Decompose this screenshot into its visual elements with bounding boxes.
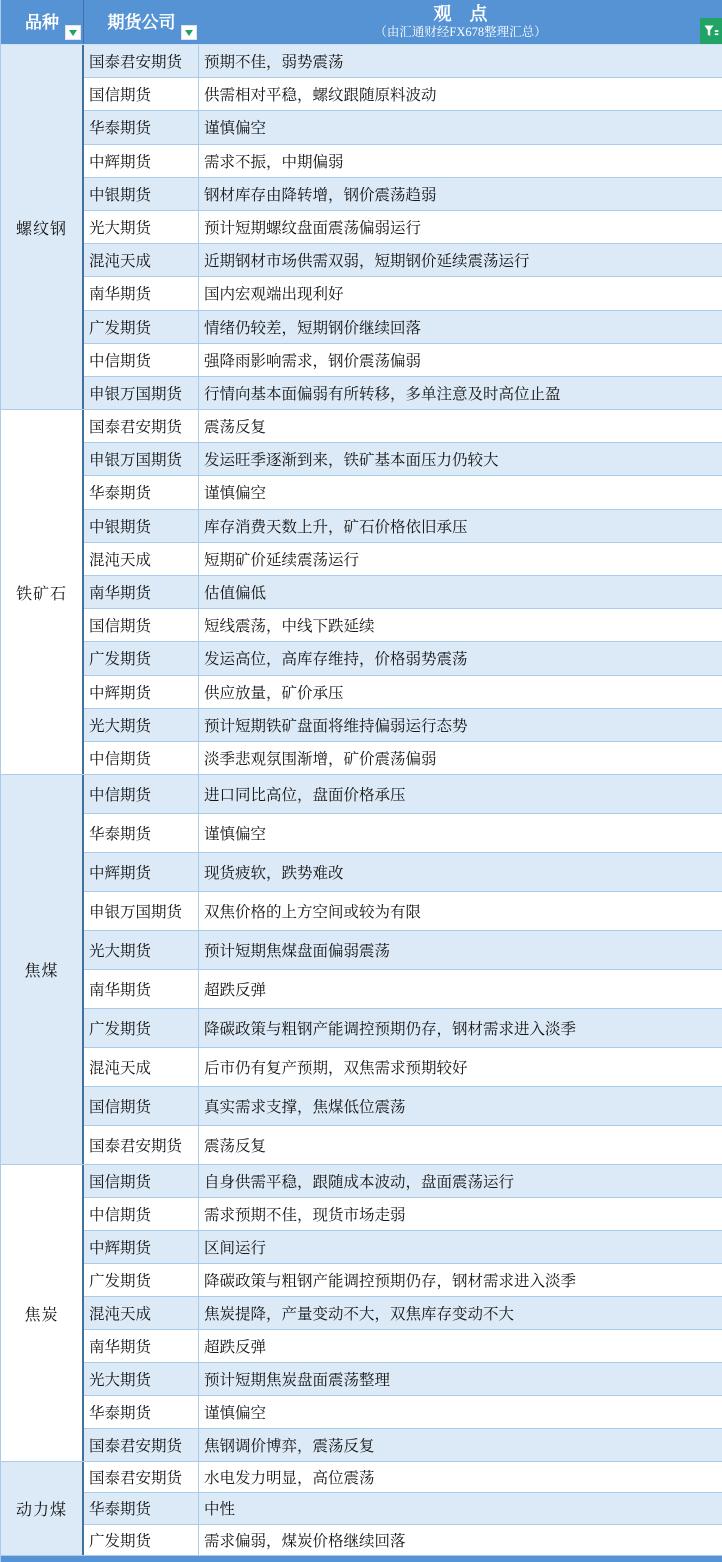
company-cell[interactable]: 国信期货 <box>84 609 199 641</box>
table-row: 中银期货库存消费天数上升，矿石价格依旧承压 <box>84 510 722 543</box>
view-cell-text: 预计短期焦煤盘面偏弱震荡 <box>204 939 390 961</box>
company-cell-text: 华泰期货 <box>89 1497 151 1519</box>
table-row: 中信期货进口同比高位，盘面价格承压 <box>84 775 722 814</box>
view-cell[interactable]: 焦炭提降，产量变动不大，双焦库存变动不大 <box>199 1297 722 1329</box>
view-cell-text: 情绪仍较差，短期钢价继续回落 <box>204 316 421 338</box>
company-cell-text: 申银万国期货 <box>89 448 182 470</box>
company-cell[interactable]: 中信期货 <box>84 1198 199 1230</box>
view-cell-text: 超跌反弹 <box>204 978 266 1000</box>
futures-views-table: 品种 期货公司 观 点 （由汇通财经FX678整理汇总） 螺纹钢国泰君安期货预期… <box>0 0 722 1562</box>
view-cell[interactable]: 震荡反复 <box>199 410 722 442</box>
company-cell[interactable]: 国泰君安期货 <box>84 410 199 442</box>
company-cell[interactable]: 华泰期货 <box>84 476 199 508</box>
section-1: 螺纹钢国泰君安期货预期不佳，弱势震荡国信期货供需相对平稳，螺纹跟随原料波动华泰期… <box>1 45 722 410</box>
company-cell[interactable]: 广发期货 <box>84 642 199 674</box>
view-cell[interactable]: 短线震荡，中线下跌延续 <box>199 609 722 641</box>
chevron-down-icon <box>69 30 77 36</box>
variety-cell[interactable]: 焦炭 <box>1 1165 84 1461</box>
view-cell[interactable]: 钢材库存由降转增，钢价震荡趋弱 <box>199 178 722 210</box>
company-cell-text: 南华期货 <box>89 282 151 304</box>
view-cell[interactable]: 短期矿价延续震荡运行 <box>199 543 722 575</box>
company-cell-text: 广发期货 <box>89 316 151 338</box>
company-cell[interactable]: 国泰君安期货 <box>84 1462 199 1492</box>
company-cell[interactable]: 中银期货 <box>84 510 199 542</box>
view-cell[interactable]: 谨慎偏空 <box>199 814 722 852</box>
table-row: 光大期货预计短期焦炭盘面震荡整理 <box>84 1363 722 1396</box>
view-cell[interactable]: 震荡反复 <box>199 1126 722 1164</box>
company-cell-text: 南华期货 <box>89 581 151 603</box>
view-cell-text: 区间运行 <box>204 1236 266 1258</box>
company-cell-text: 广发期货 <box>89 1269 151 1291</box>
company-cell[interactable]: 国信期货 <box>84 1165 199 1197</box>
view-cell-text: 预计短期铁矿盘面将维持偏弱运行态势 <box>204 714 468 736</box>
table-row: 国泰君安期货预期不佳，弱势震荡 <box>84 45 722 78</box>
variety-cell[interactable]: 焦煤 <box>1 775 84 1164</box>
view-cell[interactable]: 自身供需平稳，跟随成本波动，盘面震荡运行 <box>199 1165 722 1197</box>
section-2: 铁矿石国泰君安期货震荡反复申银万国期货发运旺季逐渐到来，铁矿基本面压力仍较大华泰… <box>1 410 722 775</box>
variety-cell[interactable]: 动力煤 <box>1 1462 84 1555</box>
variety-label: 焦炭 <box>24 1302 58 1325</box>
table-row: 国信期货自身供需平稳，跟随成本波动，盘面震荡运行 <box>84 1165 722 1198</box>
view-cell[interactable]: 发运旺季逐渐到来，铁矿基本面压力仍较大 <box>199 443 722 475</box>
company-cell-text: 华泰期货 <box>89 481 151 503</box>
view-cell[interactable]: 超跌反弹 <box>199 970 722 1008</box>
company-cell[interactable]: 国泰君安期货 <box>84 1429 199 1461</box>
view-cell[interactable]: 预计短期铁矿盘面将维持偏弱运行态势 <box>199 709 722 741</box>
view-cell-text: 强降雨影响需求，钢价震荡偏弱 <box>204 349 421 371</box>
view-cell-text: 库存消费天数上升，矿石价格依旧承压 <box>204 515 468 537</box>
view-cell-text: 发运高位，高库存维持，价格弱势震荡 <box>204 647 468 669</box>
company-cell[interactable]: 国泰君安期货 <box>84 1126 199 1164</box>
company-cell[interactable]: 华泰期货 <box>84 111 199 143</box>
company-cell[interactable]: 南华期货 <box>84 970 199 1008</box>
funnel-glyph <box>703 23 719 39</box>
company-cell[interactable]: 光大期货 <box>84 211 199 243</box>
view-cell[interactable]: 焦钢调价博弈，震荡反复 <box>199 1429 722 1461</box>
view-cell-text: 自身供需平稳，跟随成本波动，盘面震荡运行 <box>204 1170 514 1192</box>
company-cell-text: 中辉期货 <box>89 1236 151 1258</box>
company-cell-text: 光大期货 <box>89 1368 151 1390</box>
view-cell-text: 焦炭提降，产量变动不大，双焦库存变动不大 <box>204 1302 514 1324</box>
view-cell[interactable]: 区间运行 <box>199 1231 722 1263</box>
company-cell-text: 国泰君安期货 <box>89 1134 182 1156</box>
table-row: 中辉期货区间运行 <box>84 1231 722 1264</box>
table-row: 光大期货预计短期焦煤盘面偏弱震荡 <box>84 931 722 970</box>
company-cell-text: 广发期货 <box>89 1529 151 1551</box>
table-row: 中辉期货需求不振，中期偏弱 <box>84 145 722 178</box>
view-cell-text: 预期不佳，弱势震荡 <box>204 50 344 72</box>
view-cell-text: 估值偏低 <box>204 581 266 603</box>
section-rows: 国信期货自身供需平稳，跟随成本波动，盘面震荡运行中信期货需求预期不佳，现货市场走… <box>84 1165 722 1461</box>
view-cell-text: 行情向基本面偏弱有所转移，多单注意及时高位止盈 <box>204 382 561 404</box>
company-cell-text: 中信期货 <box>89 783 151 805</box>
view-cell[interactable]: 预计短期焦炭盘面震荡整理 <box>199 1363 722 1395</box>
filter-funnel-icon[interactable] <box>700 18 722 44</box>
table-row: 南华期货国内宏观端出现利好 <box>84 277 722 310</box>
view-cell-text: 超跌反弹 <box>204 1335 266 1357</box>
table-body: 螺纹钢国泰君安期货预期不佳，弱势震荡国信期货供需相对平稳，螺纹跟随原料波动华泰期… <box>1 45 722 1556</box>
table-row: 广发期货降碳政策与粗钢产能调控预期仍存，钢材需求进入淡季 <box>84 1009 722 1048</box>
view-cell-text: 发运旺季逐渐到来，铁矿基本面压力仍较大 <box>204 448 499 470</box>
view-cell[interactable]: 降碳政策与粗钢产能调控预期仍存，钢材需求进入淡季 <box>199 1009 722 1047</box>
view-cell[interactable]: 现货疲软，跌势难改 <box>199 853 722 891</box>
company-cell[interactable]: 光大期货 <box>84 931 199 969</box>
company-cell-text: 光大期货 <box>89 714 151 736</box>
company-cell[interactable]: 中信期货 <box>84 742 199 774</box>
section-rows: 国泰君安期货预期不佳，弱势震荡国信期货供需相对平稳，螺纹跟随原料波动华泰期货谨慎… <box>84 45 722 409</box>
view-cell[interactable]: 预计短期螺纹盘面震荡偏弱运行 <box>199 211 722 243</box>
table-row: 申银万国期货双焦价格的上方空间或较为有限 <box>84 892 722 931</box>
table-bottom-border <box>1 1556 722 1562</box>
company-cell[interactable]: 华泰期货 <box>84 1493 199 1523</box>
table-row: 广发期货发运高位，高库存维持，价格弱势震荡 <box>84 642 722 675</box>
view-cell-text: 现货疲软，跌势难改 <box>204 861 344 883</box>
company-cell-text: 混沌天成 <box>89 548 151 570</box>
company-cell-text: 中银期货 <box>89 515 151 537</box>
variety-filter-button[interactable] <box>65 25 81 40</box>
table-row: 南华期货超跌反弹 <box>84 1330 722 1363</box>
table-row: 国泰君安期货焦钢调价博弈，震荡反复 <box>84 1429 722 1461</box>
table-row: 混沌天成短期矿价延续震荡运行 <box>84 543 722 576</box>
company-cell[interactable]: 混沌天成 <box>84 244 199 276</box>
variety-cell[interactable]: 铁矿石 <box>1 410 84 774</box>
view-cell[interactable]: 双焦价格的上方空间或较为有限 <box>199 892 722 930</box>
view-cell[interactable]: 进口同比高位，盘面价格承压 <box>199 775 722 813</box>
table-row: 南华期货估值偏低 <box>84 576 722 609</box>
view-cell[interactable]: 淡季悲观氛围渐增，矿价震荡偏弱 <box>199 742 722 774</box>
header-view-label: 观 点 <box>434 4 488 25</box>
company-cell-text: 混沌天成 <box>89 249 151 271</box>
company-cell[interactable]: 广发期货 <box>84 1009 199 1047</box>
header-cell-variety[interactable]: 品种 <box>1 0 84 44</box>
company-cell[interactable]: 华泰期货 <box>84 1396 199 1428</box>
view-cell[interactable]: 库存消费天数上升，矿石价格依旧承压 <box>199 510 722 542</box>
company-cell[interactable]: 混沌天成 <box>84 1048 199 1086</box>
company-cell[interactable]: 中辉期货 <box>84 1231 199 1263</box>
view-cell[interactable]: 谨慎偏空 <box>199 476 722 508</box>
table-row: 华泰期货谨慎偏空 <box>84 814 722 853</box>
view-cell[interactable]: 估值偏低 <box>199 576 722 608</box>
table-row: 广发期货降碳政策与粗钢产能调控预期仍存，钢材需求进入淡季 <box>84 1264 722 1297</box>
table-row: 中信期货淡季悲观氛围渐增，矿价震荡偏弱 <box>84 742 722 774</box>
company-cell[interactable]: 广发期货 <box>84 1525 199 1555</box>
company-cell-text: 中银期货 <box>89 183 151 205</box>
table-row: 中信期货需求预期不佳，现货市场走弱 <box>84 1198 722 1231</box>
header-company-label: 期货公司 <box>108 14 176 31</box>
table-row: 中银期货钢材库存由降转增，钢价震荡趋弱 <box>84 178 722 211</box>
view-cell-text: 淡季悲观氛围渐增，矿价震荡偏弱 <box>204 747 437 769</box>
company-cell[interactable]: 混沌天成 <box>84 543 199 575</box>
company-cell[interactable]: 中辉期货 <box>84 145 199 177</box>
company-cell[interactable]: 国信期货 <box>84 1087 199 1125</box>
company-cell[interactable]: 中辉期货 <box>84 676 199 708</box>
company-cell-text: 广发期货 <box>89 647 151 669</box>
company-cell[interactable]: 国泰君安期货 <box>84 45 199 77</box>
company-cell-text: 中辉期货 <box>89 150 151 172</box>
section-5: 动力煤国泰君安期货水电发力明显，高位震荡华泰期货中性广发期货需求偏弱，煤炭价格继… <box>1 1462 722 1556</box>
view-cell-text: 供需相对平稳，螺纹跟随原料波动 <box>204 83 437 105</box>
company-cell-text: 南华期货 <box>89 978 151 1000</box>
table-row: 国泰君安期货水电发力明显，高位震荡 <box>84 1462 722 1493</box>
table-row: 华泰期货中性 <box>84 1493 722 1524</box>
view-cell[interactable]: 供需相对平稳，螺纹跟随原料波动 <box>199 78 722 110</box>
table-row: 光大期货预计短期铁矿盘面将维持偏弱运行态势 <box>84 709 722 742</box>
table-row: 国信期货供需相对平稳，螺纹跟随原料波动 <box>84 78 722 111</box>
company-cell-text: 南华期货 <box>89 1335 151 1357</box>
table-row: 中辉期货现货疲软，跌势难改 <box>84 853 722 892</box>
table-row: 国信期货短线震荡，中线下跌延续 <box>84 609 722 642</box>
company-cell-text: 国信期货 <box>89 83 151 105</box>
view-cell[interactable]: 发运高位，高库存维持，价格弱势震荡 <box>199 642 722 674</box>
company-cell-text: 国信期货 <box>89 1170 151 1192</box>
table-row: 广发期货情绪仍较差，短期钢价继续回落 <box>84 311 722 344</box>
company-cell[interactable]: 中信期货 <box>84 775 199 813</box>
header-view-subtitle: （由汇通财经FX678整理汇总） <box>374 25 546 40</box>
table-row: 国泰君安期货震荡反复 <box>84 1126 722 1164</box>
company-cell[interactable]: 南华期货 <box>84 1330 199 1362</box>
view-cell-text: 谨慎偏空 <box>204 822 266 844</box>
header-cell-view[interactable]: 观 点 （由汇通财经FX678整理汇总） <box>199 0 722 44</box>
table-row: 国泰君安期货震荡反复 <box>84 410 722 443</box>
view-cell-text: 短线震荡，中线下跌延续 <box>204 614 375 636</box>
view-cell[interactable]: 行情向基本面偏弱有所转移，多单注意及时高位止盈 <box>199 377 722 409</box>
variety-label: 铁矿石 <box>16 581 67 604</box>
section-rows: 国泰君安期货水电发力明显，高位震荡华泰期货中性广发期货需求偏弱，煤炭价格继续回落 <box>84 1462 722 1555</box>
view-cell[interactable]: 谨慎偏空 <box>199 1396 722 1428</box>
company-cell-text: 中信期货 <box>89 747 151 769</box>
view-cell-text: 双焦价格的上方空间或较为有限 <box>204 900 421 922</box>
view-cell-text: 需求预期不佳，现货市场走弱 <box>204 1203 406 1225</box>
view-cell[interactable]: 需求不振，中期偏弱 <box>199 145 722 177</box>
view-cell-text: 预计短期螺纹盘面震荡偏弱运行 <box>204 216 421 238</box>
company-cell-text: 中辉期货 <box>89 681 151 703</box>
view-cell-text: 钢材库存由降转增，钢价震荡趋弱 <box>204 183 437 205</box>
view-cell-text: 后市仍有复产预期，双焦需求预期较好 <box>204 1056 468 1078</box>
table-row: 南华期货超跌反弹 <box>84 970 722 1009</box>
view-cell[interactable]: 预计短期焦煤盘面偏弱震荡 <box>199 931 722 969</box>
table-row: 中辉期货供应放量，矿价承压 <box>84 676 722 709</box>
company-cell[interactable]: 华泰期货 <box>84 814 199 852</box>
section-3: 焦煤中信期货进口同比高位，盘面价格承压华泰期货谨慎偏空中辉期货现货疲软，跌势难改… <box>1 775 722 1165</box>
view-cell[interactable]: 中性 <box>199 1493 722 1523</box>
company-cell[interactable]: 光大期货 <box>84 709 199 741</box>
table-header: 品种 期货公司 观 点 （由汇通财经FX678整理汇总） <box>1 0 722 45</box>
view-cell-text: 水电发力明显，高位震荡 <box>204 1466 375 1488</box>
table-row: 申银万国期货行情向基本面偏弱有所转移，多单注意及时高位止盈 <box>84 377 722 409</box>
view-cell-text: 谨慎偏空 <box>204 116 266 138</box>
company-cell-text: 国泰君安期货 <box>89 1466 182 1488</box>
table-row: 华泰期货谨慎偏空 <box>84 1396 722 1429</box>
view-cell[interactable]: 需求偏弱，煤炭价格继续回落 <box>199 1525 722 1555</box>
view-cell-text: 谨慎偏空 <box>204 481 266 503</box>
table-row: 申银万国期货发运旺季逐渐到来，铁矿基本面压力仍较大 <box>84 443 722 476</box>
view-cell[interactable]: 超跌反弹 <box>199 1330 722 1362</box>
view-cell[interactable]: 近期钢材市场供需双弱，短期钢价延续震荡运行 <box>199 244 722 276</box>
section-4: 焦炭国信期货自身供需平稳，跟随成本波动，盘面震荡运行中信期货需求预期不佳，现货市… <box>1 1165 722 1462</box>
company-cell[interactable]: 国信期货 <box>84 78 199 110</box>
view-cell-text: 近期钢材市场供需双弱，短期钢价延续震荡运行 <box>204 249 530 271</box>
table-row: 光大期货预计短期螺纹盘面震荡偏弱运行 <box>84 211 722 244</box>
table-row: 混沌天成近期钢材市场供需双弱，短期钢价延续震荡运行 <box>84 244 722 277</box>
company-cell[interactable]: 南华期货 <box>84 576 199 608</box>
company-cell[interactable]: 申银万国期货 <box>84 892 199 930</box>
company-cell-text: 中辉期货 <box>89 861 151 883</box>
view-cell-text: 供应放量，矿价承压 <box>204 681 344 703</box>
company-cell-text: 国泰君安期货 <box>89 415 182 437</box>
company-cell-text: 光大期货 <box>89 939 151 961</box>
view-cell-text: 震荡反复 <box>204 1134 266 1156</box>
table-row: 混沌天成焦炭提降，产量变动不大，双焦库存变动不大 <box>84 1297 722 1330</box>
header-cell-company[interactable]: 期货公司 <box>84 0 199 44</box>
section-rows: 国泰君安期货震荡反复申银万国期货发运旺季逐渐到来，铁矿基本面压力仍较大华泰期货谨… <box>84 410 722 774</box>
table-row: 国信期货真实需求支撑，焦煤低位震荡 <box>84 1087 722 1126</box>
view-cell-text: 震荡反复 <box>204 415 266 437</box>
view-cell-text: 短期矿价延续震荡运行 <box>204 548 359 570</box>
variety-cell[interactable]: 螺纹钢 <box>1 45 84 409</box>
company-cell[interactable]: 中银期货 <box>84 178 199 210</box>
company-cell[interactable]: 南华期货 <box>84 277 199 309</box>
view-cell-text: 中性 <box>204 1497 235 1519</box>
view-cell[interactable]: 降碳政策与粗钢产能调控预期仍存，钢材需求进入淡季 <box>199 1264 722 1296</box>
view-cell[interactable]: 水电发力明显，高位震荡 <box>199 1462 722 1492</box>
company-cell[interactable]: 申银万国期货 <box>84 377 199 409</box>
company-cell-text: 广发期货 <box>89 1017 151 1039</box>
company-cell-text: 混沌天成 <box>89 1302 151 1324</box>
variety-label: 螺纹钢 <box>16 216 67 239</box>
company-cell[interactable]: 广发期货 <box>84 311 199 343</box>
view-cell[interactable]: 预期不佳，弱势震荡 <box>199 45 722 77</box>
company-cell-text: 华泰期货 <box>89 822 151 844</box>
company-cell-text: 华泰期货 <box>89 116 151 138</box>
table-row: 广发期货需求偏弱，煤炭价格继续回落 <box>84 1525 722 1555</box>
table-row: 华泰期货谨慎偏空 <box>84 476 722 509</box>
view-cell-text: 谨慎偏空 <box>204 1401 266 1423</box>
company-cell-text: 中信期货 <box>89 1203 151 1225</box>
view-cell-text: 国内宏观端出现利好 <box>204 282 344 304</box>
company-cell-text: 光大期货 <box>89 216 151 238</box>
view-cell-text: 降碳政策与粗钢产能调控预期仍存，钢材需求进入淡季 <box>204 1269 576 1291</box>
view-cell-text: 预计短期焦炭盘面震荡整理 <box>204 1368 390 1390</box>
view-cell-text: 焦钢调价博弈，震荡反复 <box>204 1434 375 1456</box>
view-cell[interactable]: 供应放量，矿价承压 <box>199 676 722 708</box>
company-cell-text: 国泰君安期货 <box>89 1434 182 1456</box>
company-cell-text: 国信期货 <box>89 1095 151 1117</box>
view-cell-text: 真实需求支撑，焦煤低位震荡 <box>204 1095 406 1117</box>
company-cell[interactable]: 中信期货 <box>84 344 199 376</box>
view-cell-text: 进口同比高位，盘面价格承压 <box>204 783 406 805</box>
section-rows: 中信期货进口同比高位，盘面价格承压华泰期货谨慎偏空中辉期货现货疲软，跌势难改申银… <box>84 775 722 1164</box>
variety-label: 焦煤 <box>24 958 58 981</box>
company-cell-text: 混沌天成 <box>89 1056 151 1078</box>
view-cell[interactable]: 谨慎偏空 <box>199 111 722 143</box>
company-cell[interactable]: 混沌天成 <box>84 1297 199 1329</box>
company-cell[interactable]: 光大期货 <box>84 1363 199 1395</box>
company-cell-text: 国信期货 <box>89 614 151 636</box>
company-cell-text: 国泰君安期货 <box>89 50 182 72</box>
view-cell-text: 需求偏弱，煤炭价格继续回落 <box>204 1529 406 1551</box>
view-cell[interactable]: 情绪仍较差，短期钢价继续回落 <box>199 311 722 343</box>
company-cell-text: 申银万国期货 <box>89 900 182 922</box>
company-cell[interactable]: 中辉期货 <box>84 853 199 891</box>
chevron-down-icon <box>185 30 193 36</box>
view-cell-text: 需求不振，中期偏弱 <box>204 150 344 172</box>
table-row: 华泰期货谨慎偏空 <box>84 111 722 144</box>
view-cell[interactable]: 后市仍有复产预期，双焦需求预期较好 <box>199 1048 722 1086</box>
view-cell[interactable]: 国内宏观端出现利好 <box>199 277 722 309</box>
company-cell-text: 华泰期货 <box>89 1401 151 1423</box>
company-cell-text: 中信期货 <box>89 349 151 371</box>
view-cell[interactable]: 强降雨影响需求，钢价震荡偏弱 <box>199 344 722 376</box>
company-cell-text: 申银万国期货 <box>89 382 182 404</box>
company-cell[interactable]: 申银万国期货 <box>84 443 199 475</box>
view-cell[interactable]: 需求预期不佳，现货市场走弱 <box>199 1198 722 1230</box>
company-cell[interactable]: 广发期货 <box>84 1264 199 1296</box>
variety-label: 动力煤 <box>16 1497 67 1520</box>
company-filter-button[interactable] <box>181 25 197 40</box>
table-row: 混沌天成后市仍有复产预期，双焦需求预期较好 <box>84 1048 722 1087</box>
view-cell[interactable]: 真实需求支撑，焦煤低位震荡 <box>199 1087 722 1125</box>
header-variety-label: 品种 <box>25 14 59 31</box>
table-row: 中信期货强降雨影响需求，钢价震荡偏弱 <box>84 344 722 377</box>
view-cell-text: 降碳政策与粗钢产能调控预期仍存，钢材需求进入淡季 <box>204 1017 576 1039</box>
